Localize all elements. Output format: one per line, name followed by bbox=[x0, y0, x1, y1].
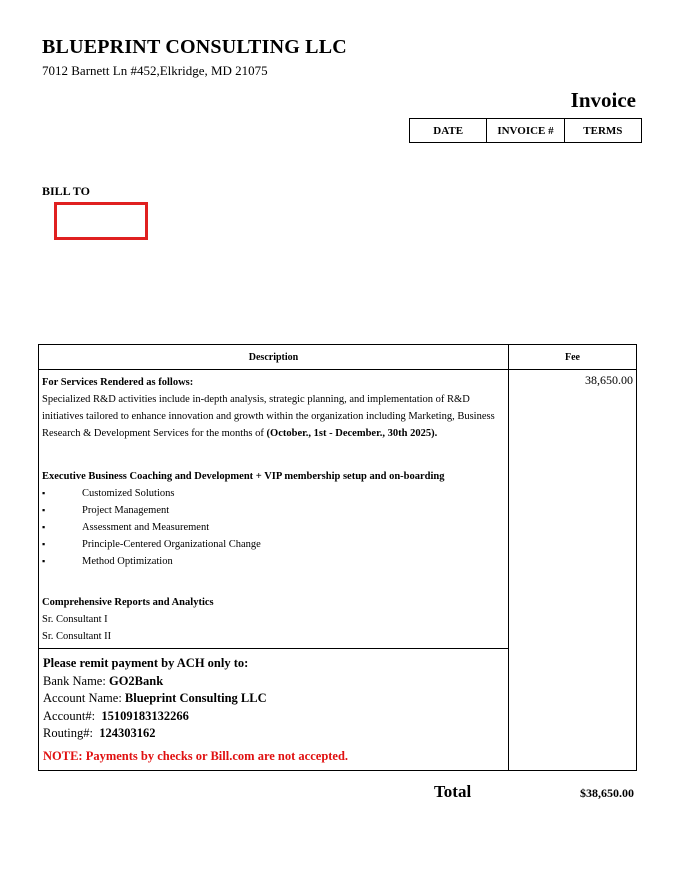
bill-to-redaction-box bbox=[54, 202, 148, 240]
account-name-value: Blueprint Consulting LLC bbox=[125, 691, 267, 705]
bullet-icon: ▪ bbox=[42, 553, 82, 570]
list-item: ▪Method Optimization bbox=[42, 553, 508, 570]
list-item: ▪Principle-Centered Organizational Chang… bbox=[42, 536, 508, 553]
description-header: Description bbox=[39, 352, 508, 363]
reports-title: Comprehensive Reports and Analytics bbox=[42, 594, 508, 611]
table-header-row: Description Fee bbox=[39, 345, 636, 370]
list-item-label: Customized Solutions bbox=[82, 485, 174, 502]
invoice-meta-table: DATE INVOICE # TERMS bbox=[409, 118, 642, 143]
routing-number-line: Routing#: 124303162 bbox=[43, 725, 348, 743]
company-name: BLUEPRINT CONSULTING LLC bbox=[42, 36, 347, 59]
list-item: ▪Customized Solutions bbox=[42, 485, 508, 502]
date-header: DATE bbox=[410, 119, 487, 143]
bullet-icon: ▪ bbox=[42, 519, 82, 536]
consultant-line: Sr. Consultant I bbox=[42, 611, 508, 628]
account-name-line: Account Name: Blueprint Consulting LLC bbox=[43, 690, 348, 708]
services-body: Specialized R&D activities include in-de… bbox=[42, 391, 508, 442]
list-item: ▪Project Management bbox=[42, 502, 508, 519]
list-item-label: Project Management bbox=[82, 502, 169, 519]
services-section: For Services Rendered as follows: Specia… bbox=[42, 374, 508, 442]
total-value: $38,650.00 bbox=[580, 786, 634, 801]
services-period: (October., 1st - December., 30th 2025). bbox=[267, 428, 438, 439]
consultant-line: Sr. Consultant II bbox=[42, 628, 508, 645]
routing-number-value: 124303162 bbox=[99, 726, 155, 740]
account-number-line: Account#: 15109183132266 bbox=[43, 708, 348, 726]
bullet-icon: ▪ bbox=[42, 502, 82, 519]
payment-note: NOTE: Payments by checks or Bill.com are… bbox=[43, 748, 348, 766]
fee-header: Fee bbox=[509, 352, 636, 363]
line-items-table: Description Fee 38,650.00 For Services R… bbox=[38, 344, 637, 771]
coaching-title: Executive Business Coaching and Developm… bbox=[42, 468, 508, 485]
bank-name-line: Bank Name: GO2Bank bbox=[43, 673, 348, 691]
account-number-label: Account#: bbox=[43, 709, 101, 723]
services-title: For Services Rendered as follows: bbox=[42, 374, 508, 391]
bank-name-label: Bank Name: bbox=[43, 674, 109, 688]
invoice-title: Invoice bbox=[571, 88, 636, 113]
list-item: ▪Assessment and Measurement bbox=[42, 519, 508, 536]
bullet-icon: ▪ bbox=[42, 485, 82, 502]
coaching-section: Executive Business Coaching and Developm… bbox=[42, 468, 508, 570]
payment-instructions: Please remit payment by ACH only to: Ban… bbox=[43, 655, 348, 765]
bullet-icon: ▪ bbox=[42, 536, 82, 553]
list-item-label: Assessment and Measurement bbox=[82, 519, 209, 536]
list-item-label: Method Optimization bbox=[82, 553, 173, 570]
company-address: 7012 Barnett Ln #452,Elkridge, MD 21075 bbox=[42, 63, 268, 79]
account-number-value: 15109183132266 bbox=[101, 709, 189, 723]
bill-to-label: BILL TO bbox=[42, 184, 90, 199]
payment-heading: Please remit payment by ACH only to: bbox=[43, 655, 348, 673]
invoice-number-header: INVOICE # bbox=[487, 119, 564, 143]
total-label: Total bbox=[434, 782, 471, 802]
list-item-label: Principle-Centered Organizational Change bbox=[82, 536, 261, 553]
terms-header: TERMS bbox=[564, 119, 641, 143]
payment-divider bbox=[39, 648, 508, 649]
column-divider bbox=[508, 345, 509, 770]
reports-section: Comprehensive Reports and Analytics Sr. … bbox=[42, 594, 508, 645]
fee-value: 38,650.00 bbox=[585, 373, 633, 388]
bank-name-value: GO2Bank bbox=[109, 674, 163, 688]
account-name-label: Account Name: bbox=[43, 691, 125, 705]
routing-number-label: Routing#: bbox=[43, 726, 99, 740]
